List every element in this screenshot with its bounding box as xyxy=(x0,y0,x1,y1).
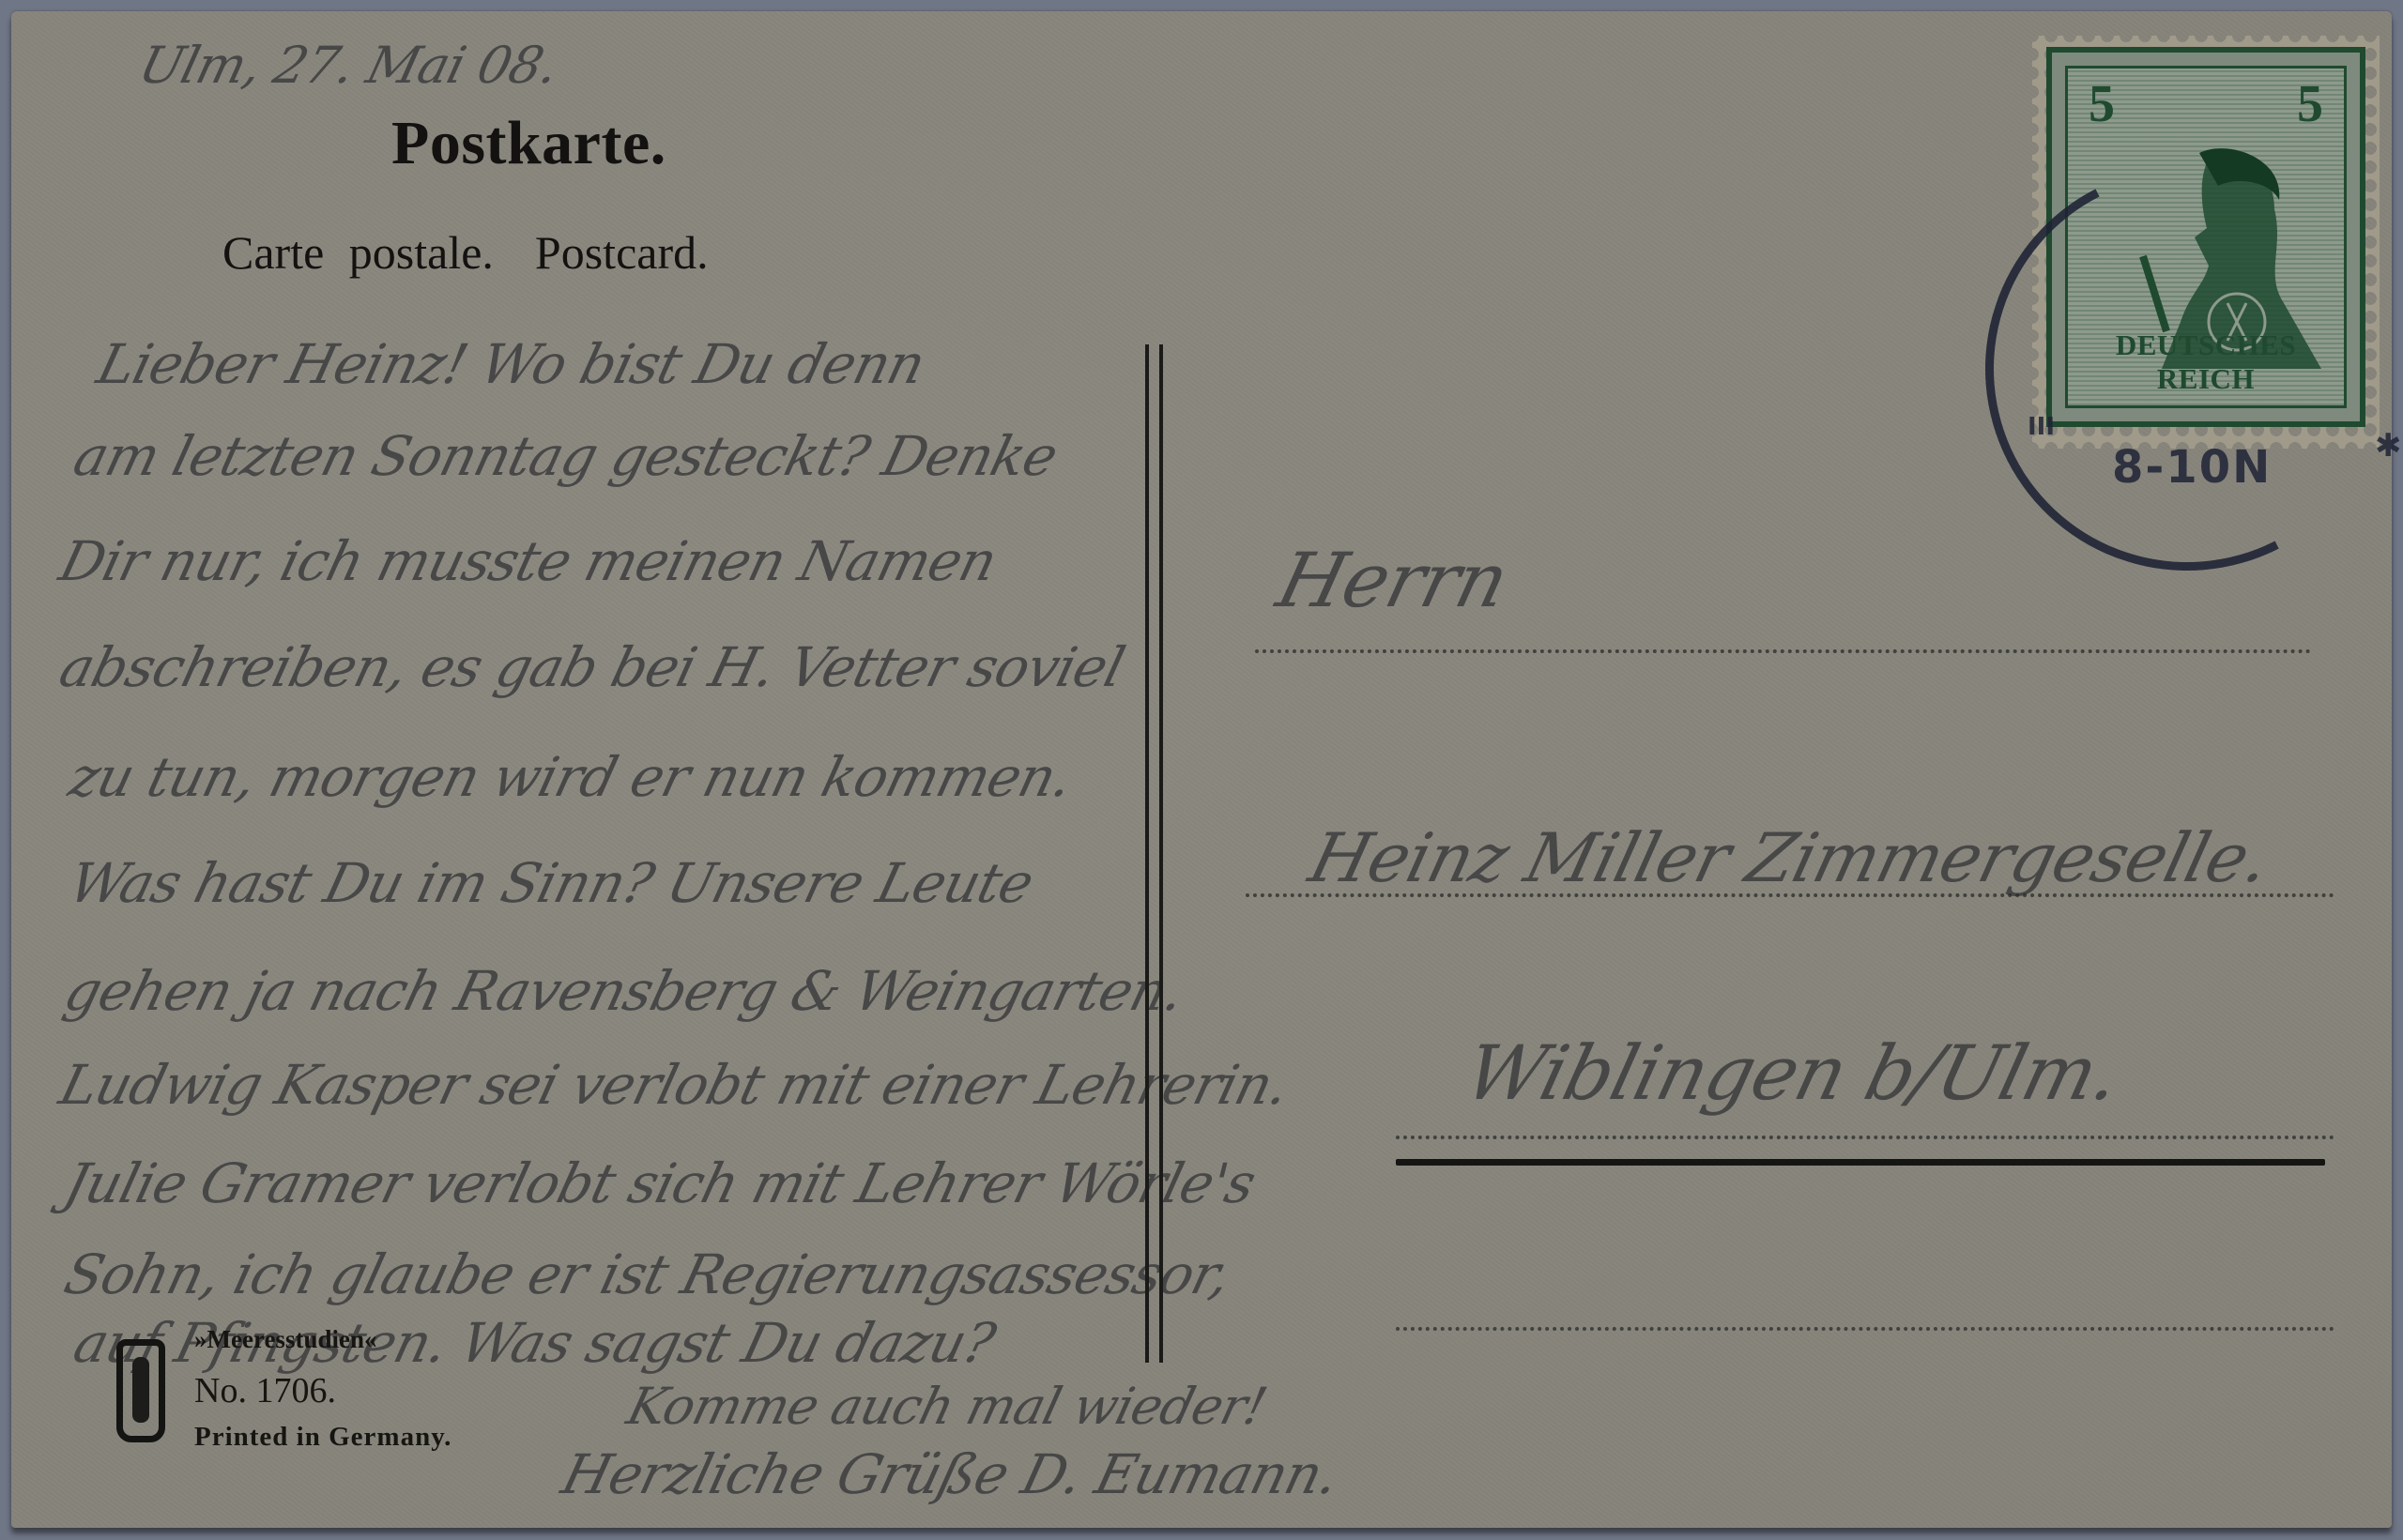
subtitle-english: Postcard. xyxy=(535,226,709,279)
message-line: Komme auch mal wieder! xyxy=(621,1377,1272,1436)
message-line: gehen ja nach Ravensberg & Weingarten. xyxy=(58,959,1190,1023)
postmark-star-icon: ✱ xyxy=(2375,427,2402,465)
postmark-time: 8-10N xyxy=(2112,441,2272,494)
stamp-value-right: 5 xyxy=(2297,74,2323,134)
message-line: Was hast Du im Sinn? Unsere Leute xyxy=(63,851,1039,915)
message-line: Sohn, ich glaube er ist Regierungsassess… xyxy=(58,1243,1236,1306)
address-salutation: Herrn xyxy=(1269,537,1516,624)
address-underline-bar xyxy=(1396,1159,2325,1166)
address-city: Wiblingen b/Ulm. xyxy=(1457,1029,2128,1117)
address-dotted-line-1 xyxy=(1255,649,2311,653)
address-dotted-line-4 xyxy=(1396,1327,2334,1331)
postcard-title: Postkarte. xyxy=(391,108,666,179)
message-line: am letzten Sonntag gesteckt? Denke xyxy=(68,424,1064,488)
publisher-logo-icon xyxy=(116,1339,165,1442)
message-line: Ludwig Kasper sei verlobt mit einer Lehr… xyxy=(54,1053,1295,1117)
message-signoff: Herzliche Grüße D. Eumann. xyxy=(556,1442,1344,1506)
publisher-series: »Meeresstudien« xyxy=(194,1325,376,1354)
address-name: Heinz Miller Zimmergeselle. xyxy=(1302,818,2277,897)
divider-line-right xyxy=(1159,344,1163,1363)
message-line: Lieber Heinz! Wo bist Du denn xyxy=(91,332,931,396)
message-line: zu tun, morgen wird er nun kommen. xyxy=(63,745,1079,809)
subtitle-french: Carte postale. xyxy=(222,226,494,279)
publisher-printed: Printed in Germany. xyxy=(194,1422,452,1453)
postcard-subtitle: Carte postale.Postcard. xyxy=(222,225,750,280)
postmark-roman: III xyxy=(2028,413,2055,441)
handwritten-date: Ulm, 27. Mai 08. xyxy=(133,36,564,95)
address-dotted-line-2 xyxy=(1246,893,2334,897)
divider-line-left xyxy=(1145,344,1149,1363)
publisher-number: No. 1706. xyxy=(194,1370,336,1411)
message-line: Julie Gramer verlobt sich mit Lehrer Wör… xyxy=(58,1151,1262,1215)
address-dotted-line-3 xyxy=(1396,1136,2334,1139)
stamp-value-left: 5 xyxy=(2089,74,2115,134)
message-line: abschreiben, es gab bei H. Vetter soviel xyxy=(54,635,1130,699)
message-line: Dir nur, ich musste meinen Namen xyxy=(54,529,1003,593)
